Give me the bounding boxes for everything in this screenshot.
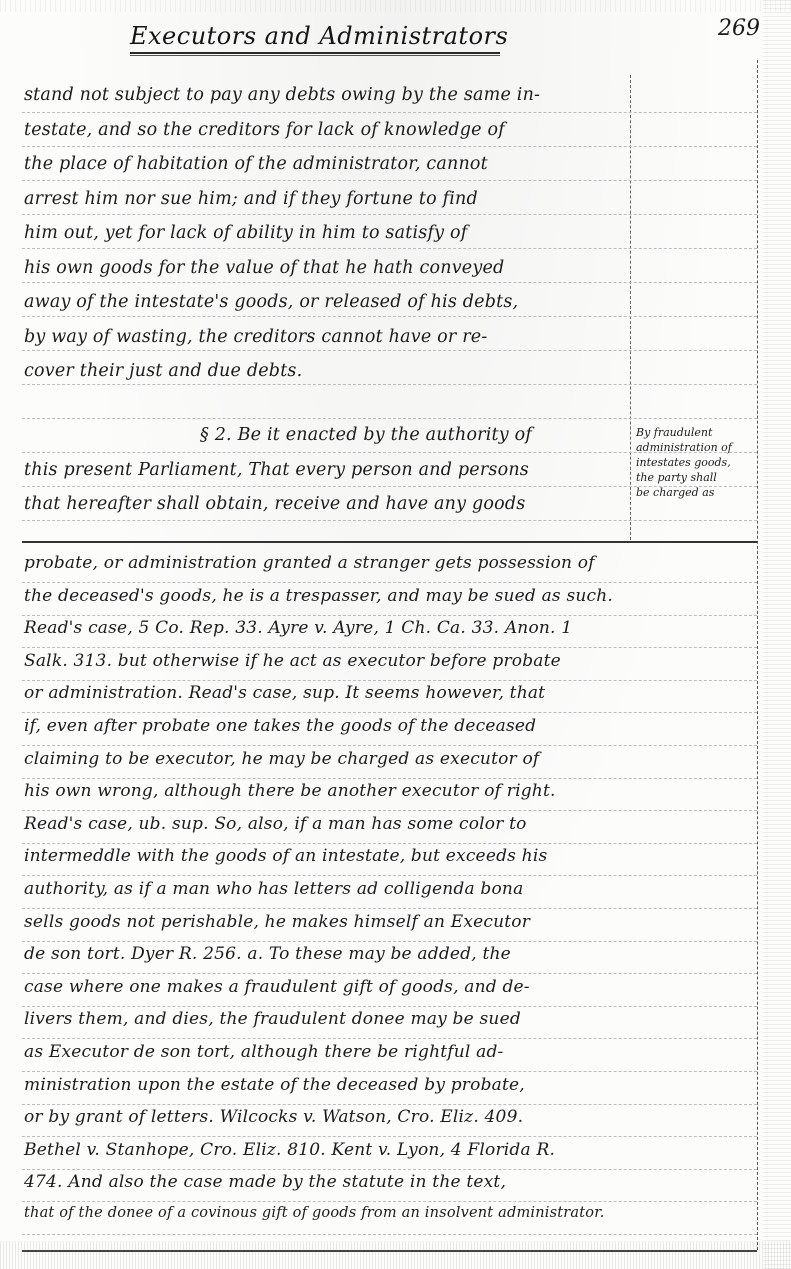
text-line: Salk. 313. but otherwise if he act as ex… [24,651,754,671]
margin-note-line: By fraudulent [636,425,754,440]
text-line: sells goods not perishable, he makes him… [24,912,754,932]
ruled-line [22,248,757,249]
ruled-line [22,1071,757,1072]
margin-note-line: the party shall [636,470,754,485]
section-divider [22,541,757,543]
ruled-line [22,615,757,616]
title-underline-secondary [130,55,500,56]
text-line: § 2. Be it enacted by the authority of [200,425,620,445]
text-line: cover their just and due debts. [24,361,624,381]
ruled-line [22,875,757,876]
ruled-line [22,1104,757,1105]
text-line: or by grant of letters. Wilcocks v. Wats… [24,1107,754,1127]
ruled-line [22,973,757,974]
ruled-line [22,941,757,942]
ruled-line [22,908,757,909]
scan-noise-bottom-edge [0,1241,791,1269]
text-line: ministration upon the estate of the dece… [24,1075,754,1095]
ruled-line [22,647,757,648]
ruled-line [22,1038,757,1039]
text-line: as Executor de son tort, although there … [24,1042,754,1062]
outer-column-divider [757,60,759,1250]
margin-note-line: be charged as [636,485,754,500]
text-line: this present Parliament, That every pers… [24,460,624,480]
ruled-line [22,418,757,419]
text-line: Bethel v. Stanhope, Cro. Eliz. 810. Kent… [24,1140,754,1160]
scan-noise-top [0,0,791,12]
ruled-line [22,180,757,181]
title-underline [130,52,500,54]
ruled-line [22,1006,757,1007]
margin-note-line: intestates goods, [636,455,754,470]
ruled-line [22,1136,757,1137]
ruled-line [22,712,757,713]
text-line: that hereafter shall obtain, receive and… [24,494,624,514]
text-line: that of the donee of a covinous gift of … [24,1205,754,1221]
ruled-line [22,1201,757,1202]
text-line: his own goods for the value of that he h… [24,258,624,278]
text-line: or administration. Read's case, sup. It … [24,683,754,703]
text-line: him out, yet for lack of ability in him … [24,223,624,243]
ruled-line [22,1234,757,1235]
ruled-line [22,112,757,113]
text-line: if, even after probate one takes the goo… [24,716,754,736]
ruled-line [22,582,757,583]
text-line: by way of wasting, the creditors cannot … [24,327,624,347]
text-line: claiming to be executor, he may be charg… [24,749,754,769]
text-line: de son tort. Dyer R. 256. a. To these ma… [24,944,754,964]
ruled-line [22,146,757,147]
ruled-line [22,680,757,681]
text-line: the place of habitation of the administr… [24,154,624,174]
text-line: stand not subject to pay any debts owing… [24,85,624,105]
page-number: 269 [718,16,760,41]
ruled-line [22,384,757,385]
text-line: arrest him nor sue him; and if they fort… [24,189,624,209]
bottom-divider [22,1250,757,1252]
ruled-line [22,282,757,283]
ruled-line [22,745,757,746]
text-line: away of the intestate's goods, or releas… [24,292,624,312]
ruled-line [22,1169,757,1170]
text-line: 474. And also the case made by the statu… [24,1172,754,1192]
text-line: case where one makes a fraudulent gift o… [24,977,754,997]
text-line: his own wrong, although there be another… [24,781,754,801]
margin-note-line: administration of [636,440,754,455]
manuscript-page: Executors and Administrators 269 stand n… [0,0,791,1269]
ruled-line [22,316,757,317]
text-line: Read's case, 5 Co. Rep. 33. Ayre v. Ayre… [24,618,754,638]
text-line: Read's case, ub. sup. So, also, if a man… [24,814,754,834]
text-line: livers them, and dies, the fraudulent do… [24,1009,754,1029]
scan-noise-right-edge [763,0,791,1269]
text-line: probate, or administration granted a str… [24,553,754,573]
ruled-line [22,778,757,779]
text-line: intermeddle with the goods of an intesta… [24,846,754,866]
text-line: testate, and so the creditors for lack o… [24,120,624,140]
text-line: authority, as if a man who has letters a… [24,879,754,899]
margin-note: By fraudulentadministration ofintestates… [636,425,754,500]
page-title: Executors and Administrators [130,22,508,50]
margin-column-divider [630,75,632,540]
ruled-line [22,843,757,844]
ruled-line [22,350,757,351]
text-line: the deceased's goods, he is a trespasser… [24,586,754,606]
ruled-line [22,214,757,215]
ruled-line [22,520,757,521]
ruled-line [22,810,757,811]
